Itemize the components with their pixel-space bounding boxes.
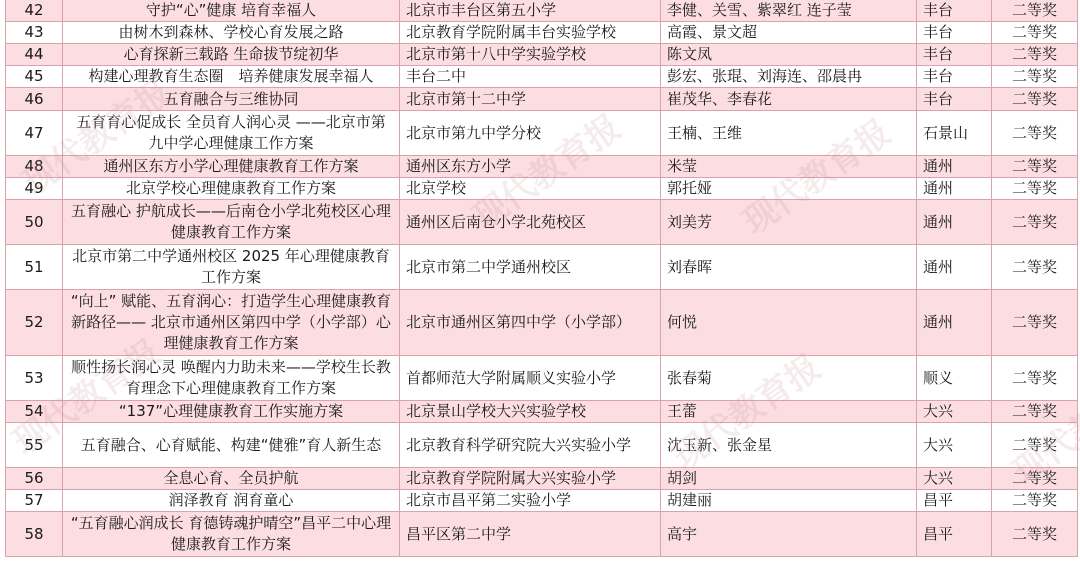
district: 通州 [917, 245, 992, 290]
authors: 郭托娅 [661, 178, 917, 200]
table-row: 52 “向上” 赋能、五育润心：打造学生心理健康教育新路径—— 北京市通州区第四… [6, 290, 1078, 356]
table-row: 54 “137”心理健康教育工作实施方案 北京景山学校大兴实验学校 王蕾 大兴 … [6, 401, 1078, 423]
row-number: 42 [6, 0, 63, 22]
award-level: 二等奖 [992, 512, 1078, 557]
school-name: 北京市第十八中学实验学校 [400, 44, 661, 66]
award-level: 二等奖 [992, 356, 1078, 401]
award-level: 二等奖 [992, 22, 1078, 44]
district: 丰台 [917, 88, 992, 111]
authors: 崔茂华、李春花 [661, 88, 917, 111]
district: 昌平 [917, 512, 992, 557]
table-row: 46 五育融合与三维协同 北京市第十二中学 崔茂华、李春花 丰台 二等奖 [6, 88, 1078, 111]
authors: 高宇 [661, 512, 917, 557]
table-row: 57 润泽教育 润育童心 北京市昌平第二实验小学 胡建丽 昌平 二等奖 [6, 490, 1078, 512]
project-title: 心育探新三载路 生命拔节绽初华 [63, 44, 400, 66]
authors: 米莹 [661, 156, 917, 178]
table-row: 49 北京学校心理健康教育工作方案 北京学校 郭托娅 通州 二等奖 [6, 178, 1078, 200]
row-number: 55 [6, 423, 63, 468]
school-name: 北京市第十二中学 [400, 88, 661, 111]
authors: 王蕾 [661, 401, 917, 423]
authors: 刘春晖 [661, 245, 917, 290]
awards-table: 42 守护“心”健康 培育幸福人 北京市丰台区第五小学 李健、关雪、紫翠红 连子… [5, 0, 1078, 557]
row-number: 54 [6, 401, 63, 423]
district: 丰台 [917, 22, 992, 44]
row-number: 50 [6, 200, 63, 245]
row-number: 56 [6, 468, 63, 490]
project-title: 北京市第二中学通州校区 2025 年心理健康教育工作方案 [63, 245, 400, 290]
project-title: 五育融心 护航成长——后南仓小学北苑校区心理健康教育工作方案 [63, 200, 400, 245]
table-row: 56 全息心育、全员护航 北京教育学院附属大兴实验小学 胡剑 大兴 二等奖 [6, 468, 1078, 490]
district: 大兴 [917, 401, 992, 423]
table-row: 58 “五育融心润成长 育德铸魂护晴空”昌平二中心理健康教育工作方案 昌平区第二… [6, 512, 1078, 557]
authors: 张春菊 [661, 356, 917, 401]
school-name: 北京景山学校大兴实验学校 [400, 401, 661, 423]
award-level: 二等奖 [992, 44, 1078, 66]
school-name: 通州区东方小学 [400, 156, 661, 178]
project-title: “五育融心润成长 育德铸魂护晴空”昌平二中心理健康教育工作方案 [63, 512, 400, 557]
project-title: 北京学校心理健康教育工作方案 [63, 178, 400, 200]
project-title: “向上” 赋能、五育润心：打造学生心理健康教育新路径—— 北京市通州区第四中学（… [63, 290, 400, 356]
district: 丰台 [917, 44, 992, 66]
row-number: 51 [6, 245, 63, 290]
award-level: 二等奖 [992, 290, 1078, 356]
award-level: 二等奖 [992, 245, 1078, 290]
table-row: 50 五育融心 护航成长——后南仓小学北苑校区心理健康教育工作方案 通州区后南仓… [6, 200, 1078, 245]
award-level: 二等奖 [992, 200, 1078, 245]
project-title: 全息心育、全员护航 [63, 468, 400, 490]
authors: 李健、关雪、紫翠红 连子莹 [661, 0, 917, 22]
district: 通州 [917, 290, 992, 356]
district: 丰台 [917, 0, 992, 22]
award-level: 二等奖 [992, 0, 1078, 22]
row-number: 48 [6, 156, 63, 178]
school-name: 首都师范大学附属顺义实验小学 [400, 356, 661, 401]
school-name: 北京教育学院附属丰台实验学校 [400, 22, 661, 44]
award-level: 二等奖 [992, 490, 1078, 512]
district: 大兴 [917, 423, 992, 468]
project-title: “137”心理健康教育工作实施方案 [63, 401, 400, 423]
award-level: 二等奖 [992, 66, 1078, 88]
authors: 陈文凤 [661, 44, 917, 66]
authors: 胡建丽 [661, 490, 917, 512]
table-row: 53 顺性扬长润心灵 唤醒内力助未来——学校生长教育理念下心理健康教育工作方案 … [6, 356, 1078, 401]
school-name: 北京市通州区第四中学（小学部） [400, 290, 661, 356]
authors: 何悦 [661, 290, 917, 356]
school-name: 北京市昌平第二实验小学 [400, 490, 661, 512]
authors: 胡剑 [661, 468, 917, 490]
award-level: 二等奖 [992, 178, 1078, 200]
award-level: 二等奖 [992, 156, 1078, 178]
table-row: 44 心育探新三载路 生命拔节绽初华 北京市第十八中学实验学校 陈文凤 丰台 二… [6, 44, 1078, 66]
award-level: 二等奖 [992, 423, 1078, 468]
school-name: 北京市第九中学分校 [400, 111, 661, 156]
school-name: 北京教育科学研究院大兴实验小学 [400, 423, 661, 468]
row-number: 43 [6, 22, 63, 44]
project-title: 五育育心促成长 全员育人润心灵 ——北京市第九中学心理健康工作方案 [63, 111, 400, 156]
table-row: 47 五育育心促成长 全员育人润心灵 ——北京市第九中学心理健康工作方案 北京市… [6, 111, 1078, 156]
district: 通州 [917, 178, 992, 200]
authors: 王楠、王维 [661, 111, 917, 156]
school-name: 昌平区第二中学 [400, 512, 661, 557]
project-title: 构建心理教育生态圈 培养健康发展幸福人 [63, 66, 400, 88]
authors: 高霞、景文超 [661, 22, 917, 44]
school-name: 丰台二中 [400, 66, 661, 88]
district: 大兴 [917, 468, 992, 490]
row-number: 52 [6, 290, 63, 356]
district: 顺义 [917, 356, 992, 401]
row-number: 45 [6, 66, 63, 88]
row-number: 49 [6, 178, 63, 200]
table-row: 55 五育融合、心育赋能、构建“健雅”育人新生态 北京教育科学研究院大兴实验小学… [6, 423, 1078, 468]
row-number: 46 [6, 88, 63, 111]
award-level: 二等奖 [992, 468, 1078, 490]
award-level: 二等奖 [992, 111, 1078, 156]
row-number: 47 [6, 111, 63, 156]
table-row: 48 通州区东方小学心理健康教育工作方案 通州区东方小学 米莹 通州 二等奖 [6, 156, 1078, 178]
school-name: 北京市丰台区第五小学 [400, 0, 661, 22]
school-name: 北京学校 [400, 178, 661, 200]
project-title: 由树木到森林、学校心育发展之路 [63, 22, 400, 44]
award-level: 二等奖 [992, 401, 1078, 423]
school-name: 北京市第二中学通州校区 [400, 245, 661, 290]
authors: 刘美芳 [661, 200, 917, 245]
award-level: 二等奖 [992, 88, 1078, 111]
district: 通州 [917, 200, 992, 245]
table-row: 43 由树木到森林、学校心育发展之路 北京教育学院附属丰台实验学校 高霞、景文超… [6, 22, 1078, 44]
row-number: 53 [6, 356, 63, 401]
table-row: 51 北京市第二中学通州校区 2025 年心理健康教育工作方案 北京市第二中学通… [6, 245, 1078, 290]
project-title: 通州区东方小学心理健康教育工作方案 [63, 156, 400, 178]
district: 昌平 [917, 490, 992, 512]
table-row: 42 守护“心”健康 培育幸福人 北京市丰台区第五小学 李健、关雪、紫翠红 连子… [6, 0, 1078, 22]
project-title: 五育融合与三维协同 [63, 88, 400, 111]
school-name: 通州区后南仓小学北苑校区 [400, 200, 661, 245]
authors: 沈玉新、张金星 [661, 423, 917, 468]
district: 石景山 [917, 111, 992, 156]
row-number: 57 [6, 490, 63, 512]
project-title: 守护“心”健康 培育幸福人 [63, 0, 400, 22]
row-number: 58 [6, 512, 63, 557]
project-title: 润泽教育 润育童心 [63, 490, 400, 512]
table-row: 45 构建心理教育生态圈 培养健康发展幸福人 丰台二中 彭宏、张琨、刘海连、邵晨… [6, 66, 1078, 88]
project-title: 五育融合、心育赋能、构建“健雅”育人新生态 [63, 423, 400, 468]
row-number: 44 [6, 44, 63, 66]
authors: 彭宏、张琨、刘海连、邵晨冉 [661, 66, 917, 88]
school-name: 北京教育学院附属大兴实验小学 [400, 468, 661, 490]
district: 丰台 [917, 66, 992, 88]
project-title: 顺性扬长润心灵 唤醒内力助未来——学校生长教育理念下心理健康教育工作方案 [63, 356, 400, 401]
district: 通州 [917, 156, 992, 178]
